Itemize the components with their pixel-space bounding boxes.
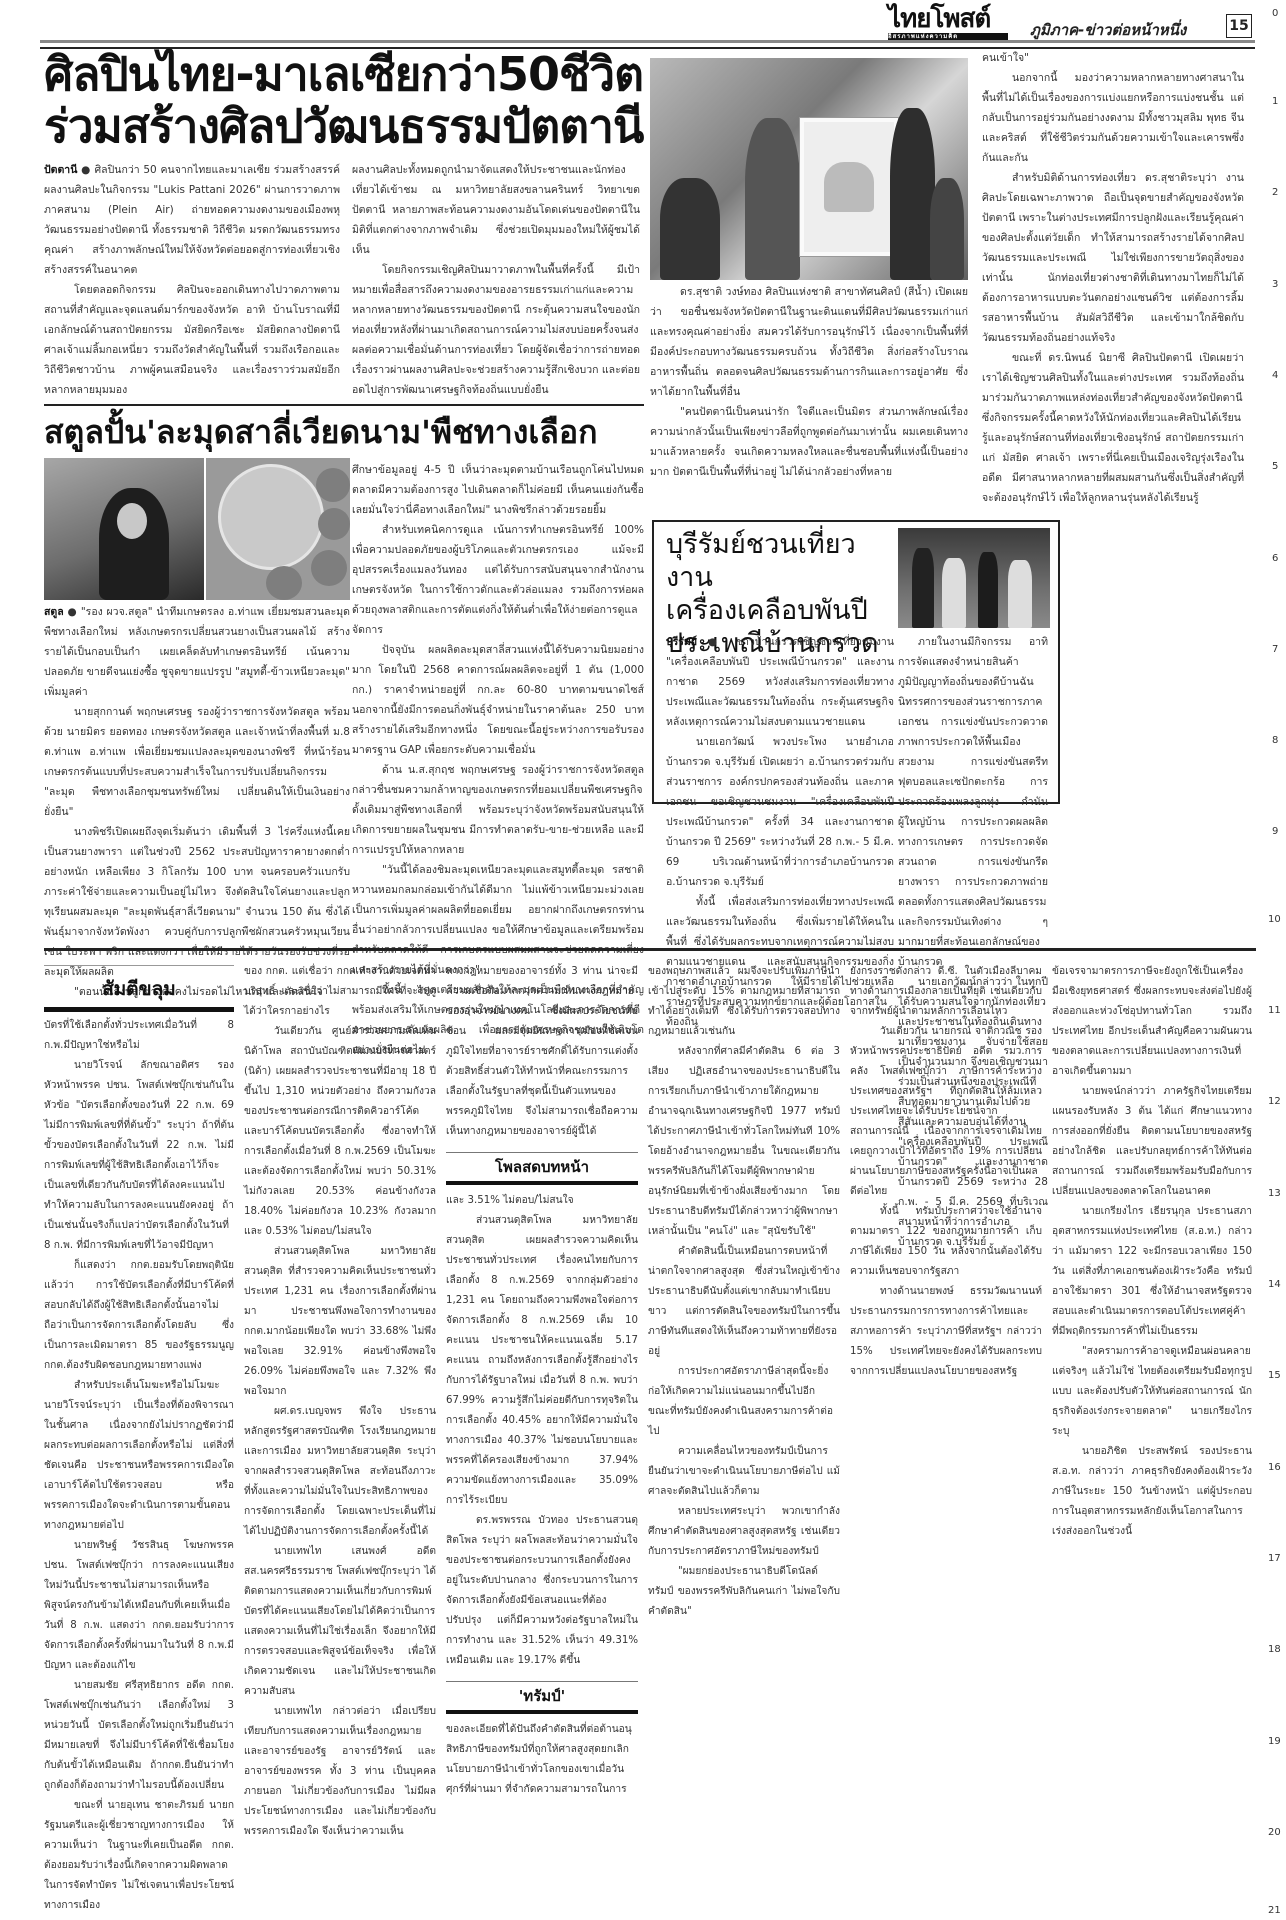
paragraph: ข้อเจรจามาตรการภาษีจะยังถูกใช้เป็นเครื่อ… [1052, 962, 1252, 1082]
ruler-mark: 3 [1272, 279, 1278, 290]
ruler-mark: 16 [1268, 1462, 1281, 1473]
article2-lede: สตูล ● "รอง ผวจ.สตูล" นำทีมเกษตรลง อ.ท่า… [44, 602, 350, 702]
ruler-mark: 21 [1268, 1905, 1281, 1916]
article1-col4: คนเข้าใจ" นอกจากนี้ มองว่าความหลากหลายทา… [982, 48, 1244, 508]
paragraph: นายเอกวัฒน์ พวงประโพง นายอำเภอบ้านกรวด จ… [666, 732, 894, 892]
paragraph: และ 3.51% ไม่ตอบ/ไม่สนใจ [446, 1191, 638, 1211]
paragraph: ชาวบ้านกรวดเชิญชวนเที่ยวชมงาน "เครื่องเค… [666, 636, 894, 728]
paragraph: นางพิชรีเปิดเผยถึงจุดเริ่มต้นว่า เดิมพื้… [44, 822, 350, 982]
paragraph: โดยกิจกรรมเชิญศิลปินมาวาดภาพในพื้นที่ครั… [352, 260, 640, 400]
photo-figure [978, 552, 998, 628]
paragraph: ส่วนสวนดุสิตโพล มหาวิทยาลัยสวนดุสิต ที่ส… [244, 1242, 436, 1402]
ruler-mark: 12 [1268, 1096, 1281, 1107]
paragraph: คนเข้าใจ" [982, 48, 1244, 68]
paragraph: ศึกษาข้อมูลอยู่ 4-5 ปี เห็นว่าละมุดตามบ้… [352, 460, 644, 520]
paragraph: วันเดียวกัน นายกรณ์ จาติกวณิช รองหัวหน้า… [850, 1022, 1042, 1202]
photo-figure [930, 178, 964, 280]
ruler-mark: 14 [1268, 1279, 1281, 1290]
paragraph: ผศ.ดร.เบญจพร พึงใจ ประธานหลักสูตรรัฐศาสต… [244, 1402, 436, 1542]
ruler-mark: 9 [1272, 826, 1278, 837]
photo-figure [745, 118, 800, 280]
ruler-mark: 2 [1272, 187, 1278, 198]
headline-line: ศิลปินไทย-มาเลเซียกว่า50ชีวิต [44, 48, 644, 100]
photo-figure [890, 108, 935, 280]
paragraph: นายเทพไท เสนพงศ์ อดีต สส.นครศรีธรรมราช โ… [244, 1542, 436, 1702]
paragraph: นายเกรียงไกร เธียรนุกุล ประธานสภาอุตสาหก… [1052, 1202, 1252, 1342]
column-col1: บัตรที่ใช้เลือกตั้งทั่วประเทศเมื่อวันที่… [44, 1016, 234, 1916]
paragraph: คำตัดสินนี้เป็นเหมือนการตบหน้าที่น่าตกใจ… [648, 1242, 840, 1362]
headline-line: บุรีรัมย์ชวนเที่ยวงาน [666, 528, 896, 594]
paragraph: "ผมยกย่องประธานาธิบดีโดนัลด์ทรัมป์ ของพร… [648, 1562, 840, 1622]
paragraph: "คนปัตตานีเป็นคนน่ารัก ใจดีและเป็นมิตร ส… [650, 402, 968, 482]
paragraph: ศิลปินกว่า 50 คนจากไทยและมาเลเซีย ร่วมสร… [44, 164, 340, 276]
photo-plate [218, 464, 324, 570]
paragraph: ขณะที่ นายอุเทน ชาตะภิรมย์ นายกรัฐมนตรีแ… [44, 1796, 234, 1916]
paragraph: ขณะที่ ดร.นิพนธ์ นิยาซี ศิลปินปัตตานี เป… [982, 348, 1244, 508]
column-col3: ทางกฎหมายของอาจารย์ทั้ง 3 ท่าน น่าจะมีคว… [446, 962, 638, 1800]
ruler-mark: 0 [1272, 8, 1278, 19]
subsection-title: โพลสดบทหน้า [446, 1152, 638, 1185]
dateline: สตูล [44, 606, 64, 618]
page-number: 15 [1226, 14, 1252, 38]
paragraph: หลังจากที่ศาลมีคำตัดสิน 6 ต่อ 3 เสียง ปฏ… [648, 1042, 840, 1242]
paragraph: วันเดียวกัน ศูนย์สำรวจความคิดเห็นนิด้าโพ… [244, 1022, 436, 1242]
ruler-mark: 1 [1272, 96, 1278, 107]
paragraph: ดร.พรพรรณ บัวทอง ประธานสวนดุสิตโพล ระบุว… [446, 1511, 638, 1671]
paragraph: นายพจน์กล่าวว่า ภาครัฐกิจไทยเตรียมแผนรอง… [1052, 1082, 1252, 1202]
paragraph: ของละเอียดที่ได้ปันถึงคำตัดสินที่ต่อต้าน… [446, 1720, 638, 1800]
newspaper-logo: ไทยโพสต์ อิสรภาพแห่งความคิด [888, 6, 1008, 40]
headline-line: เครื่องเคลือบพันปี [666, 594, 896, 627]
paragraph: นายวิโรจน์ ลักขณาอดิศร รองหัวหน้าพรรค ปช… [44, 1056, 234, 1256]
column-col5: ยังกรงราชดังกล่าว ดี.ซี. ในตัวเมืองลีบาค… [850, 962, 1042, 1382]
ruler-mark: 18 [1268, 1644, 1281, 1655]
article1-lede: ปัตตานี ● ศิลปินกว่า 50 คนจากไทยและมาเลเ… [44, 160, 340, 280]
paragraph: นายสมชัย ศรีสุทธิยากร อดีต กกต. โพสต์เฟซ… [44, 1676, 234, 1796]
paragraph: ทางด้านนายพงษ์ ธรรมวัฒนานนท์ ประธานกรรมก… [850, 1282, 1042, 1382]
paragraph: ผลงานศิลปะทั้งหมดถูกนำมาจัดแสดงให้ประชาช… [352, 160, 640, 260]
article2-headline: สตูลปั้น'ละมุดสาลี่เวียดนาม'พืชทางเลือก [44, 412, 644, 452]
article2-col1: สตูล ● "รอง ผวจ.สตูล" นำทีมเกษตรลง อ.ท่า… [44, 602, 350, 1002]
column-rule-bottom [44, 1007, 234, 1012]
ruler-mark: 11 [1268, 1005, 1281, 1016]
paragraph: ก็แสดงว่า กกต.ยอมรับโดยพฤตินัยแล้วว่า กา… [44, 1256, 234, 1376]
ruler-mark: 15 [1268, 1370, 1281, 1381]
article3-lede: บุรีรัมย์ ● ชาวบ้านกรวดเชิญชวนเที่ยวชมงา… [666, 632, 894, 732]
paragraph: การประกาศอัตราภาษีล่าสุดนี้จะยิ่งก่อให้เ… [648, 1362, 840, 1442]
photo-fruit [318, 508, 350, 540]
article1-headline: ศิลปินไทย-มาเลเซียกว่า50ชีวิต ร่วมสร้างศ… [44, 48, 644, 152]
photo-figure [660, 178, 720, 280]
photo-fruit [311, 550, 347, 586]
paragraph: สำหรับเทคนิคการดูแล เน้นการทำเกษตรอินทรี… [352, 520, 644, 640]
ruler-mark: 13 [1268, 1188, 1281, 1199]
ruler-mark: 10 [1268, 914, 1281, 925]
paragraph: นายเทพไท กล่าวต่อว่า เมื่อเปรียบเทียบกับ… [244, 1702, 436, 1842]
paragraph: ของพฤษภาพสแล้ว ผมจึงจะปรับเพิ่มภาษีนำเข้… [648, 962, 840, 1042]
paragraph: ทางกฎหมายของอาจารย์ทั้ง 3 ท่าน น่าจะมีคว… [446, 962, 638, 1142]
column-col6: ข้อเจรจามาตรการภาษีจะยังถูกใช้เป็นเครื่อ… [1052, 962, 1252, 1542]
paragraph: นายสุกกานต์ พฤกษเศรษฐ รองผู้ว่าราชการจัง… [44, 702, 350, 822]
paragraph: นอกจากนี้ มองว่าความหลากหลายทางศาสนาในพื… [982, 68, 1244, 168]
article1-photo-artists-painting [650, 58, 968, 280]
ruler-mark: 17 [1268, 1553, 1281, 1564]
article1-col1: ปัตตานี ● ศิลปินกว่า 50 คนจากไทยและมาเลเ… [44, 160, 340, 400]
photo-figure [942, 558, 966, 628]
paragraph: บัตรที่ใช้เลือกตั้งทั่วประเทศเมื่อวันที่… [44, 1016, 234, 1056]
article2-photo-farmer [44, 458, 204, 600]
section-divider [44, 948, 1256, 951]
paragraph: ดร.สุชาติ วงษ์ทอง ศิลปินแห่งชาติ สาขาทัศ… [650, 282, 968, 402]
paragraph: สำหรับประเด็นโมฆะหรือไม่โมฆะ นายวิโรจน์ร… [44, 1376, 234, 1536]
column-title: สัมตีขลุม [44, 974, 234, 1004]
photo-figure [912, 548, 934, 628]
paragraph: หลายประเทศระบุว่า พวกเขากำลังศึกษาคำตัดส… [648, 1502, 840, 1562]
column-rule-top [44, 965, 234, 966]
ruler-mark: 6 [1272, 553, 1278, 564]
headline-line: ร่วมสร้างศิลปวัฒนธรรมปัตตานี [44, 100, 644, 152]
paragraph: ทั้งนี้ ทรัมป์ประกาศว่าจะใช้อำนาจตามมาตร… [850, 1202, 1042, 1282]
article1-col2: ผลงานศิลปะทั้งหมดถูกนำมาจัดแสดงให้ประชาช… [352, 160, 640, 400]
ruler-mark: 19 [1268, 1736, 1281, 1747]
dateline: บุรีรัมย์ [666, 636, 697, 648]
paragraph: สำหรับมิติด้านการท่องเที่ยว ดร.สุชาติระบ… [982, 168, 1244, 348]
column-col2: ของ กกต. แต่เชื่อว่า กกต.ทำงานด้วยเจตนาบ… [244, 962, 436, 1842]
paragraph: ความเคลื่อนไหวของทรัมป์เป็นการยืนยันว่าเ… [648, 1442, 840, 1502]
section-label: ภูมิภาค-ข่าวต่อหน้าหนึ่ง [1030, 18, 1186, 42]
subsection-title: 'ทรัมป์' [446, 1681, 638, 1714]
dateline: ปัตตานี [44, 164, 77, 176]
ruler-mark: 8 [1272, 735, 1278, 746]
paragraph: ภายในงานมีกิจกรรม อาทิ การจัดแสดงจำหน่าย… [898, 632, 1048, 972]
column-col4: ของพฤษภาพสแล้ว ผมจึงจะปรับเพิ่มภาษีนำเข้… [648, 962, 840, 1622]
ruler-mark: 7 [1272, 644, 1278, 655]
paragraph: นายพริษฐ์ วัชรสินธุ โฆษกพรรค ปชน. โพสต์เ… [44, 1536, 234, 1676]
photo-fruit [266, 566, 302, 600]
article2-photo-sapodilla [206, 458, 350, 600]
paragraph: ด้าน น.ส.สุกฤช พฤกษเศรษฐ รองผู้ว่าราชการ… [352, 760, 644, 860]
logo-tagline: อิสรภาพแห่งความคิด [888, 33, 1008, 40]
photo-face [117, 503, 147, 539]
paragraph: "รอง ผวจ.สตูล" นำทีมเกษตรลง อ.ท่าแพ เยี่… [44, 606, 350, 698]
paragraph: "สงครามการค้าอาจดูเหมือนผ่อนคลาย แต่จริง… [1052, 1342, 1252, 1442]
divider [44, 404, 644, 406]
paragraph: ยังกรงราชดังกล่าว ดี.ซี. ในตัวเมืองลีบาค… [850, 962, 1042, 1022]
ruler-mark: 4 [1272, 370, 1278, 381]
article1-photo-text: ดร.สุชาติ วงษ์ทอง ศิลปินแห่งชาติ สาขาทัศ… [650, 282, 968, 482]
photo-fruit [316, 468, 350, 502]
photo-painting [800, 118, 898, 256]
photo-figure [1008, 560, 1032, 628]
article3-photo-ceremony [898, 528, 1050, 628]
paragraph: ของ กกต. แต่เชื่อว่า กกต.ทำงานด้วยเจตนาบ… [244, 962, 436, 1022]
paragraph: ปัจจุบัน ผลผลิตละมุดสาลี่สวนแห่งนี้ได้รั… [352, 640, 644, 760]
logo-text: ไทยโพสต์ [888, 4, 990, 34]
paragraph: นายอภิชิต ประสพรัตน์ รองประธาน ส.อ.ท. กล… [1052, 1442, 1252, 1542]
ruler-mark: 5 [1272, 461, 1278, 472]
paragraph: ส่วนสวนดุสิตโพล มหาวิทยาลัยสวนดุสิต เผยผ… [446, 1211, 638, 1511]
ruler-mark: 20 [1268, 1827, 1281, 1838]
paragraph: โดยตลอดกิจกรรม ศิลปินจะออกเดินทางไปวาดภา… [44, 280, 340, 400]
